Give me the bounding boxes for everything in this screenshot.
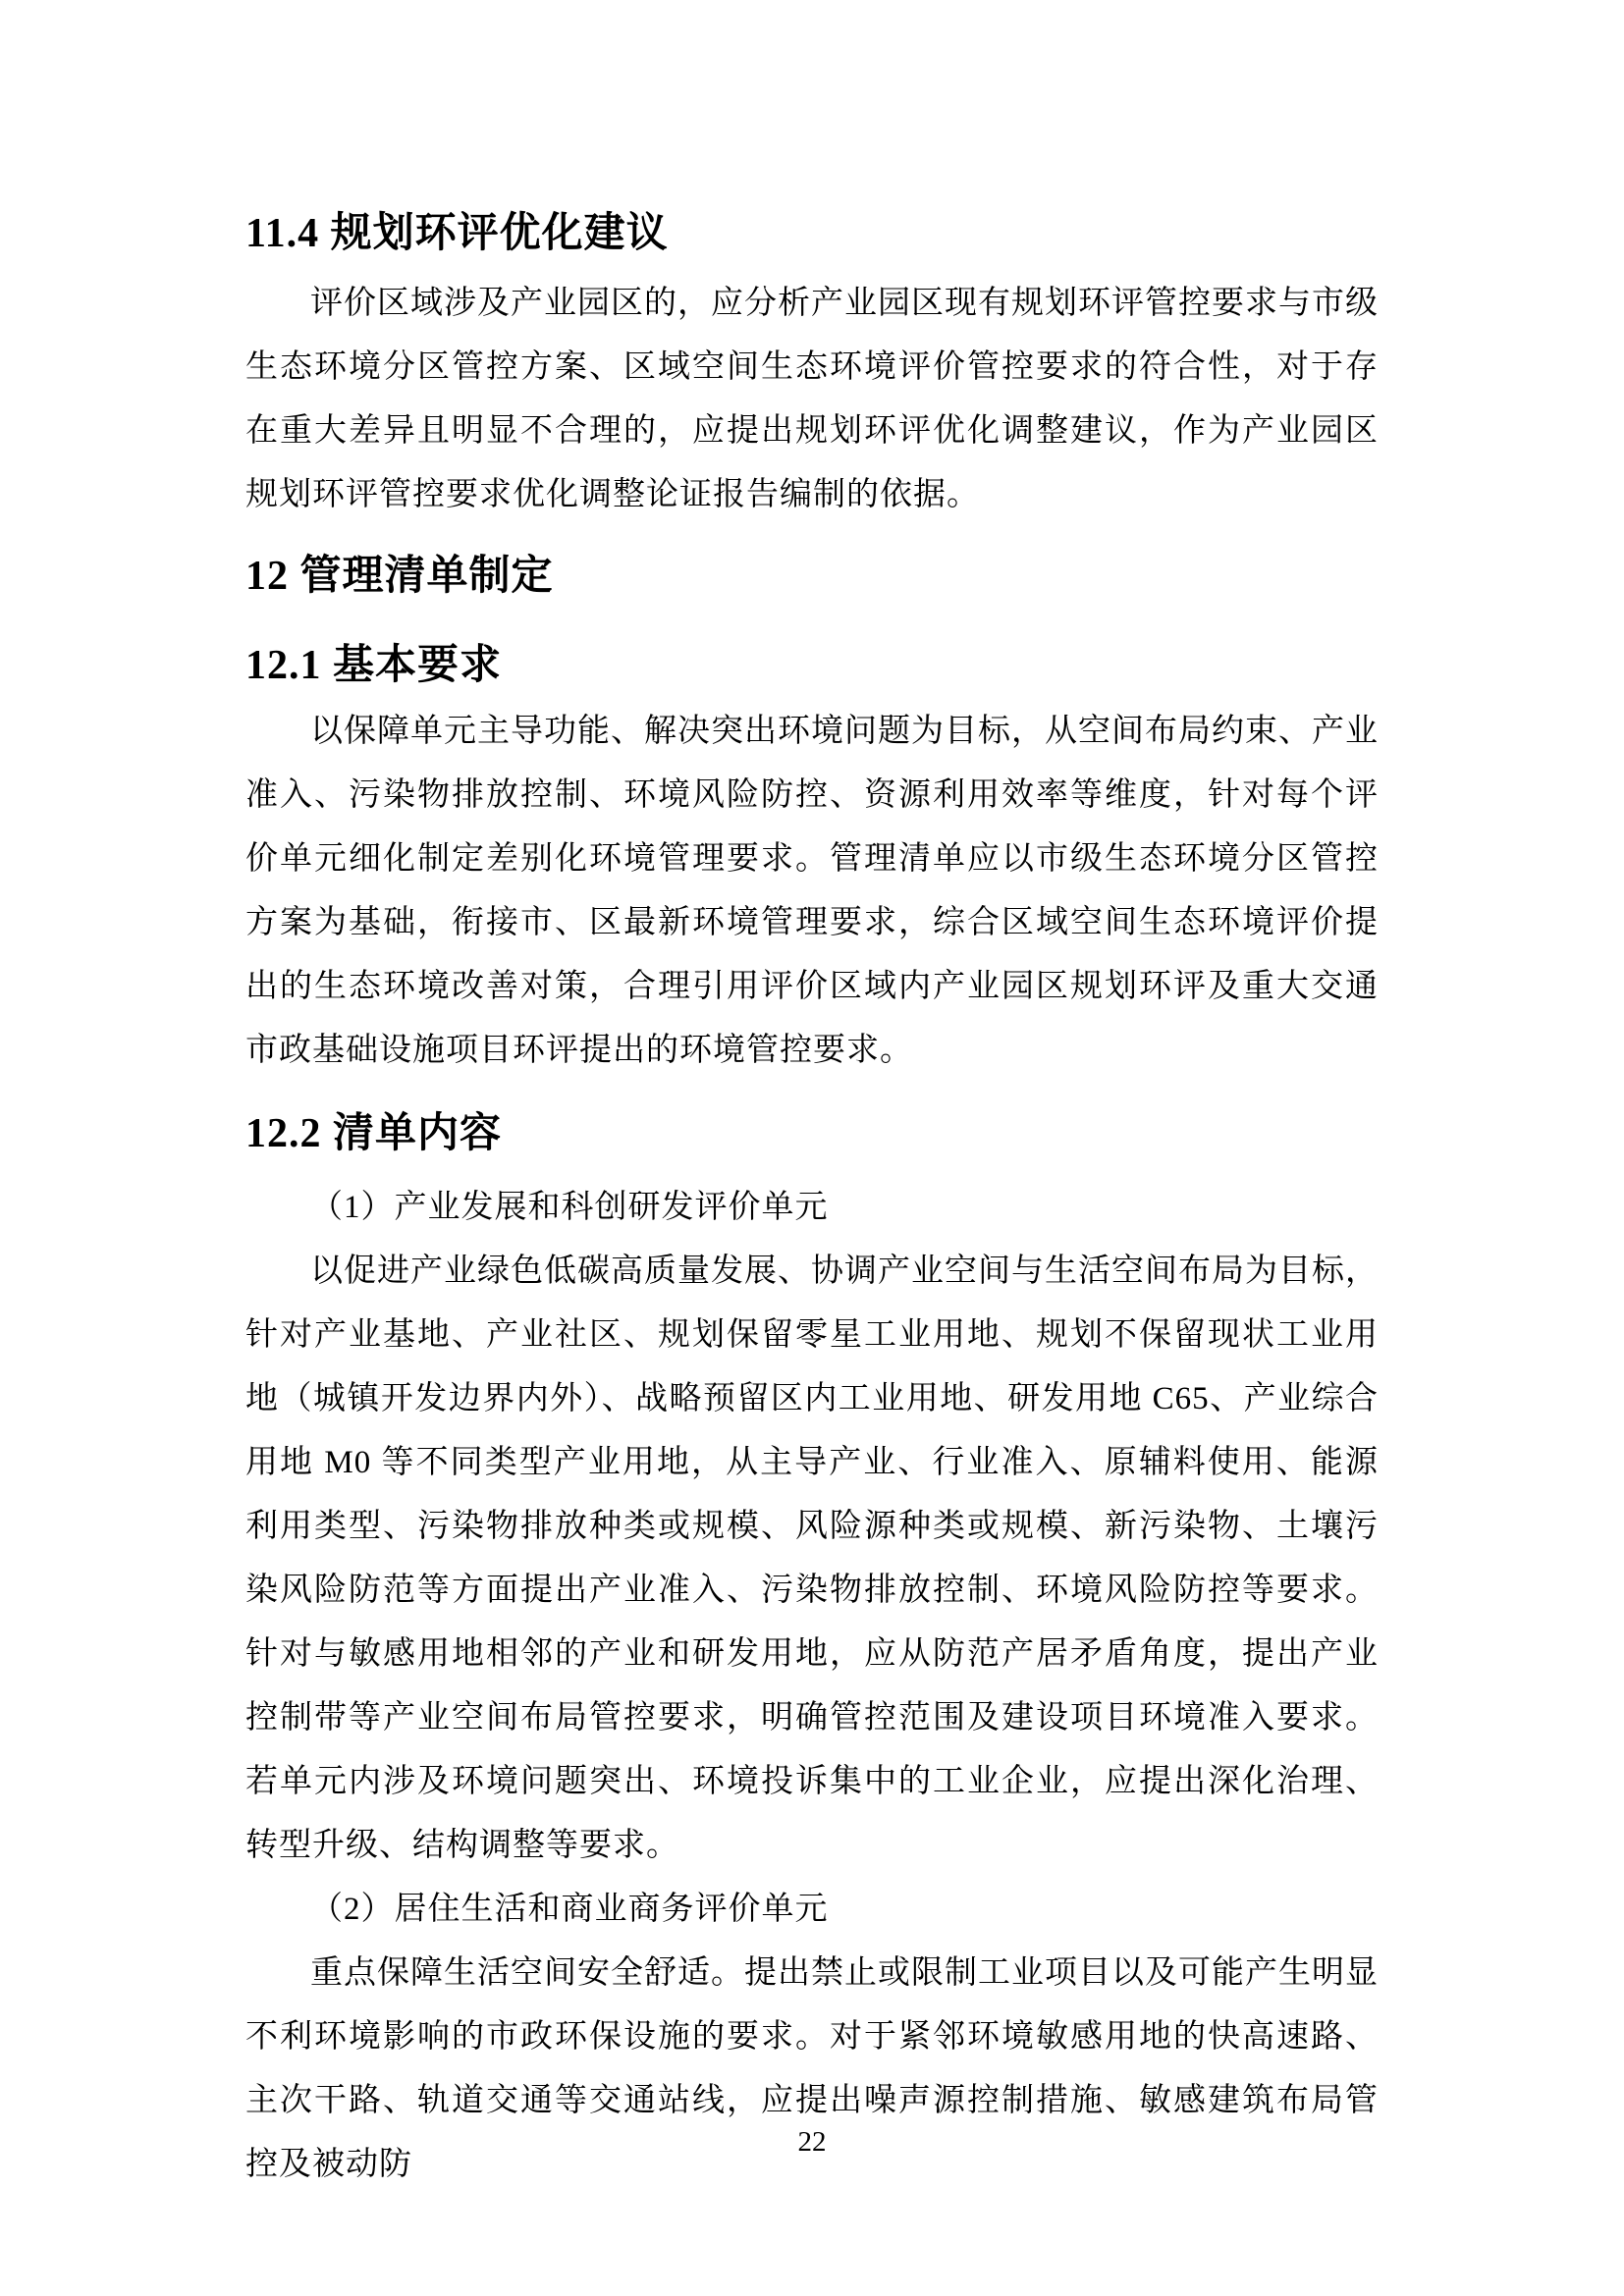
list-item-1-heading: （1）产业发展和科创研发评价单元 bbox=[245, 1176, 1379, 1240]
list-item-2-heading: （2）居住生活和商业商务评价单元 bbox=[245, 1878, 1379, 1942]
section-heading-12-1: 12.1 基本要求 bbox=[245, 640, 1379, 691]
paragraph-basic-requirements: 以保障单元主导功能、解决突出环境问题为目标，从空间布局约束、产业准入、污染物排放… bbox=[245, 700, 1379, 1083]
paragraph-plan-eia-optimization: 评价区域涉及产业园区的，应分析产业园区现有规划环评管控要求与市级生态环境分区管控… bbox=[245, 272, 1379, 527]
paragraph-industry-unit: 以促进产业绿色低碳高质量发展、协调产业空间与生活空间布局为目标，针对产业基地、产… bbox=[245, 1240, 1379, 1878]
document-page: 11.4 规划环评优化建议 评价区域涉及产业园区的，应分析产业园区现有规划环评管… bbox=[0, 0, 1624, 2296]
section-heading-11-4: 11.4 规划环评优化建议 bbox=[245, 208, 1379, 259]
page-number: 22 bbox=[0, 2123, 1624, 2161]
section-heading-12-2: 12.2 清单内容 bbox=[245, 1108, 1379, 1159]
document-content: 11.4 规划环评优化建议 评价区域涉及产业园区的，应分析产业园区现有规划环评管… bbox=[245, 0, 1379, 2197]
chapter-heading-12: 12 管理清单制定 bbox=[245, 551, 1379, 602]
